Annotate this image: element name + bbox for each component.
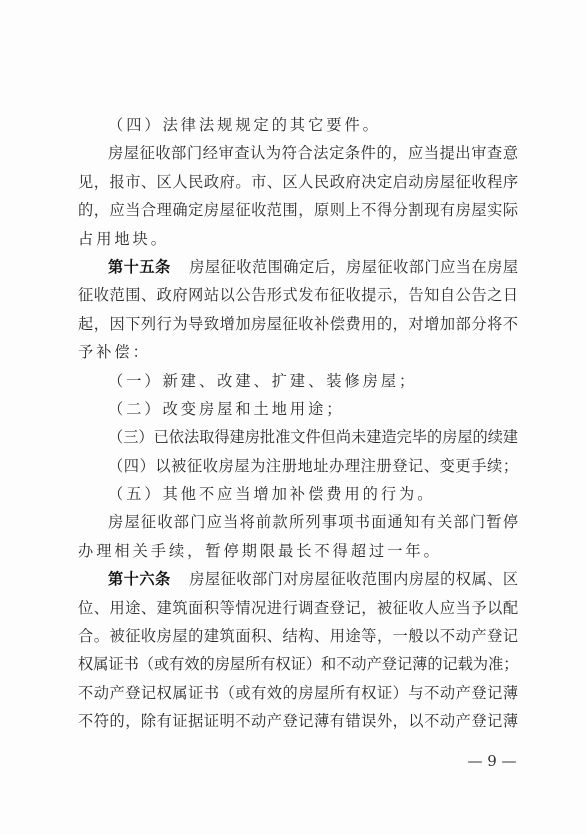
line-text: 合。被征收房屋的建筑面积、结构、用途等，一般以不动产登记 [78, 627, 518, 645]
page-number: — 9 — [462, 752, 522, 770]
line-text: 房屋征收部门对房屋征收范围内房屋的权属、区 [189, 570, 518, 588]
line-text: 房屋征收部门应当将前款所列事项书面通知有关部门暂停 [108, 513, 518, 531]
text-line: 的，应当合理确定房屋征收范围，原则上不得分割现有房屋实际 [78, 196, 518, 224]
text-line: （四）法律法规规定的其它要件。 [78, 111, 518, 139]
text-line: 征收范围、政府网站以公告形式发布征收提示，告知自公告之日 [78, 281, 518, 309]
line-text: 位、用途、建筑面积等情况进行调查登记，被征收人应当予以配 [78, 599, 518, 617]
line-text: （四）以被征收房屋为注册地址办理注册登记、变更手续； [108, 457, 518, 475]
line-text: （二）改变房屋和土地用途； [108, 400, 344, 418]
article-heading: 第十六条 [108, 570, 171, 588]
line-text: 见，报市、区人民政府。市、区人民政府决定启动房屋征收程序 [78, 173, 518, 191]
line-text: 不动产登记权属证书（或有效的房屋所有权证）与不动产登记薄 [78, 684, 518, 702]
text-line: （三）已依法取得建房批准文件但尚未建造完毕的房屋的续建； [78, 423, 518, 451]
line-text: 房屋征收范围确定后，房屋征收部门应当在房屋 [189, 258, 518, 276]
line-text: （四）法律法规规定的其它要件。 [108, 116, 381, 134]
line-text: 的，应当合理确定房屋征收范围，原则上不得分割现有房屋实际 [78, 201, 518, 219]
article-line: 第十五条房屋征收范围确定后，房屋征收部门应当在房屋 [78, 253, 518, 281]
text-line: 房屋征收部门经审查认为符合法定条件的，应当提出审查意 [78, 139, 518, 167]
text-line: 起，因下列行为导致增加房屋征收补偿费用的，对增加部分将不 [78, 310, 518, 338]
text-line: 权属证书（或有效的房屋所有权证）和不动产登记薄的记载为准； [78, 650, 518, 678]
text-line: （四）以被征收房屋为注册地址办理注册登记、变更手续； [78, 452, 518, 480]
text-line: 予补偿： [78, 338, 518, 366]
text-line: 位、用途、建筑面积等情况进行调查登记，被征收人应当予以配 [78, 594, 518, 622]
line-text: 予补偿： [78, 343, 151, 361]
document-page: （四）法律法规规定的其它要件。房屋征收部门经审查认为符合法定条件的，应当提出审查… [0, 0, 586, 835]
line-text: （一）新建、改建、扩建、装修房屋； [108, 372, 417, 390]
line-text: （五）其他不应当增加补偿费用的行为。 [108, 485, 435, 503]
text-line: 不符的，除有证据证明不动产登记薄有错误外，以不动产登记薄 [78, 707, 518, 735]
text-line: （二）改变房屋和土地用途； [78, 395, 518, 423]
line-text: 征收范围、政府网站以公告形式发布征收提示，告知自公告之日 [78, 286, 518, 304]
line-text: （三）已依法取得建房批准文件但尚未建造完毕的房屋的续建； [108, 428, 518, 446]
line-text: 房屋征收部门经审查认为符合法定条件的，应当提出审查意 [108, 144, 518, 162]
article-heading: 第十五条 [108, 258, 171, 276]
text-line: 见，报市、区人民政府。市、区人民政府决定启动房屋征收程序 [78, 168, 518, 196]
text-line: （一）新建、改建、扩建、装修房屋； [78, 367, 518, 395]
line-text: 办理相关手续，暂停期限最长不得超过一年。 [78, 542, 442, 560]
line-text: 占用地块。 [78, 230, 169, 248]
text-line: 占用地块。 [78, 225, 518, 253]
line-text: 权属证书（或有效的房屋所有权证）和不动产登记薄的记载为准； [78, 655, 518, 673]
text-line: 房屋征收部门应当将前款所列事项书面通知有关部门暂停 [78, 508, 518, 536]
document-body: （四）法律法规规定的其它要件。房屋征收部门经审查认为符合法定条件的，应当提出审查… [78, 111, 518, 736]
line-text: 起，因下列行为导致增加房屋征收补偿费用的，对增加部分将不 [78, 315, 518, 333]
article-line: 第十六条房屋征收部门对房屋征收范围内房屋的权属、区 [78, 565, 518, 593]
text-line: （五）其他不应当增加补偿费用的行为。 [78, 480, 518, 508]
text-line: 不动产登记权属证书（或有效的房屋所有权证）与不动产登记薄 [78, 679, 518, 707]
line-text: 不符的，除有证据证明不动产登记薄有错误外，以不动产登记薄 [78, 712, 518, 730]
text-line: 合。被征收房屋的建筑面积、结构、用途等，一般以不动产登记 [78, 622, 518, 650]
text-line: 办理相关手续，暂停期限最长不得超过一年。 [78, 537, 518, 565]
